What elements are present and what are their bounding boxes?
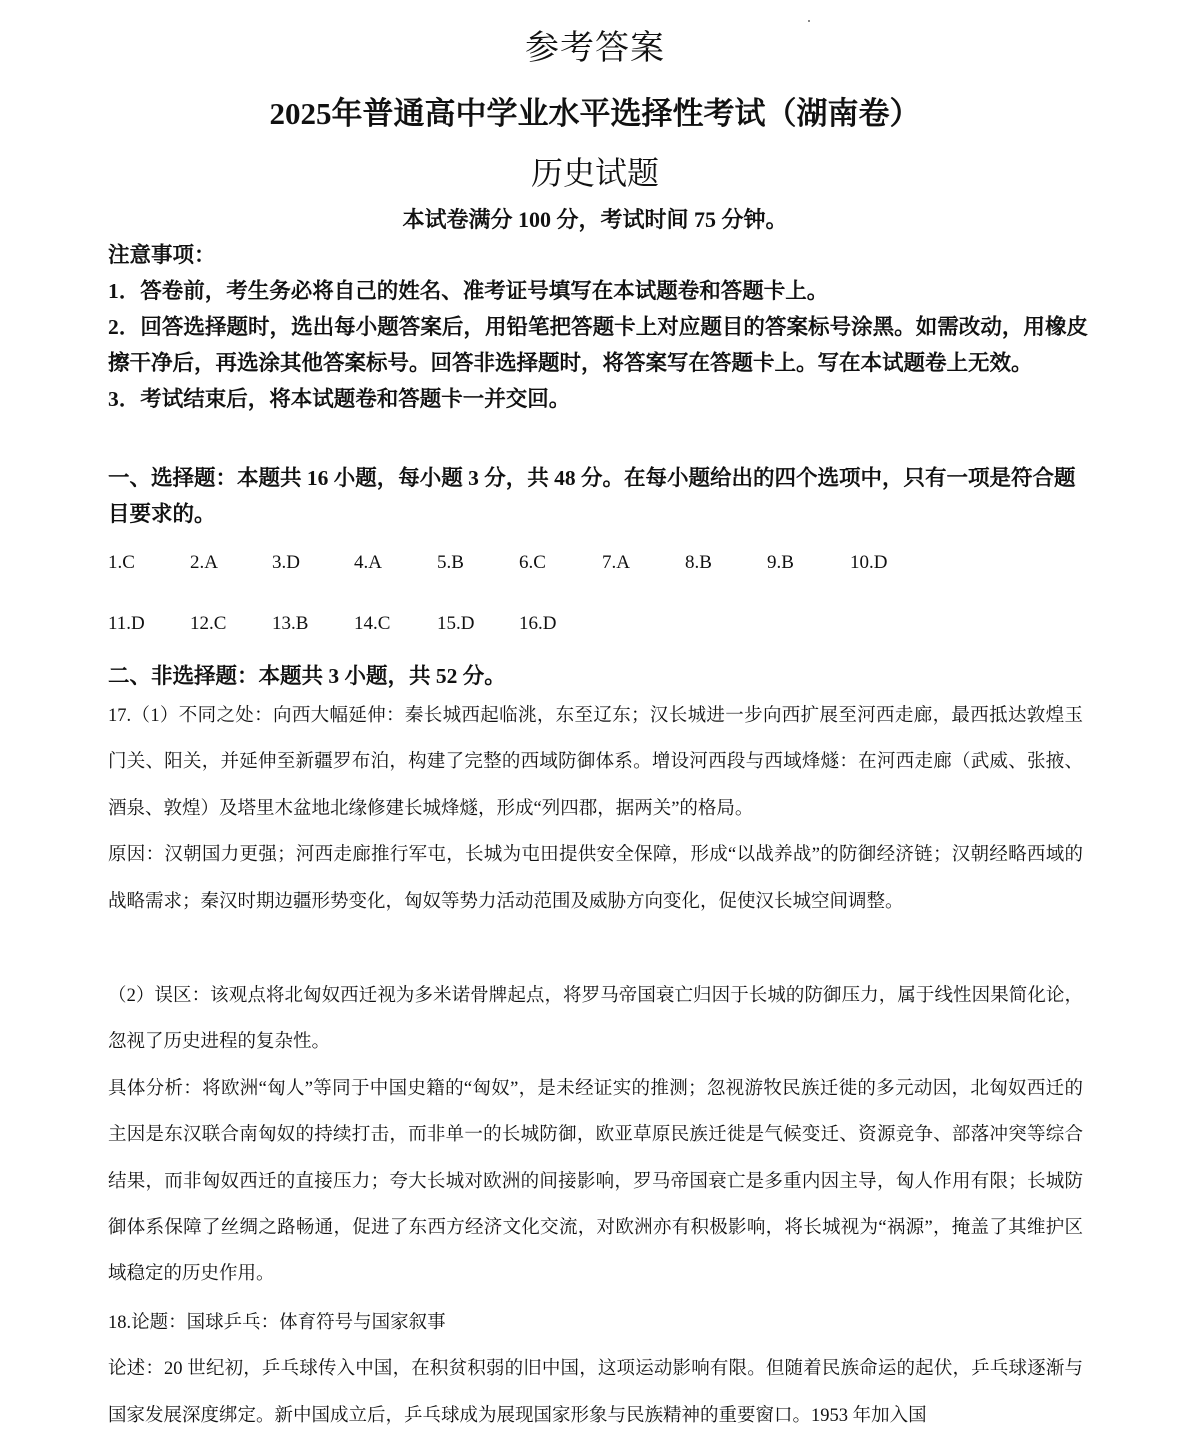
answer-item: 1.C <box>108 552 135 574</box>
notes-heading: 注意事项： <box>108 237 1088 273</box>
notes-list: 1．答卷前，考生务必将自己的姓名、准考证号填写在本试题卷和答题卡上。 2．回答选… <box>108 273 1088 417</box>
answer-item: 9.B <box>767 552 794 574</box>
answer-item: 2.A <box>190 552 218 574</box>
answer-item: 12.C <box>190 613 226 635</box>
question-18: 18.论题：国球乒乓：体育符号与国家叙事 论述：20 世纪初，乒乓球传入中国，在… <box>108 1300 1083 1439</box>
q17-misconception: （2）误区：该观点将北匈奴西迁视为多米诺骨牌起点，将罗马帝国衰亡归因于长城的防御… <box>108 973 1083 1066</box>
answer-item: 13.B <box>272 613 308 635</box>
q18-discussion: 论述：20 世纪初，乒乓球传入中国，在积贫积弱的旧中国，这项运动影响有限。但随着… <box>108 1346 1083 1439</box>
q18-topic: 18.论题：国球乒乓：体育符号与国家叙事 <box>108 1300 1083 1346</box>
q17-analysis: 具体分析：将欧洲“匈人”等同于中国史籍的“匈奴”，是未经证实的推测；忽视游牧民族… <box>108 1066 1083 1298</box>
answer-item: 7.A <box>602 552 630 574</box>
question-17-part2: （2）误区：该观点将北匈奴西迁视为多米诺骨牌起点，将罗马帝国衰亡归因于长城的防御… <box>108 973 1083 1298</box>
q17-reasons: 原因：汉朝国力更强；河西走廊推行军屯，长城为屯田提供安全保障，形成“以战养战”的… <box>108 832 1083 925</box>
q17-differences: 17.（1）不同之处：向西大幅延伸：秦长城西起临洮，东至辽东；汉长城进一步向西扩… <box>108 693 1083 832</box>
document-title: 参考答案 <box>0 20 1190 69</box>
answer-document-page: 参考答案 2025年普通高中学业水平选择性考试（湖南卷） 历史试题 本试卷满分 … <box>0 0 1190 1453</box>
answer-item: 3.D <box>272 552 300 574</box>
answer-item: 8.B <box>685 552 712 574</box>
question-17-part1: 17.（1）不同之处：向西大幅延伸：秦长城西起临洮，东至辽东；汉长城进一步向西扩… <box>108 693 1083 925</box>
answer-item: 6.C <box>519 552 546 574</box>
note-item: 1．答卷前，考生务必将自己的姓名、准考证号填写在本试题卷和答题卡上。 <box>108 273 1088 309</box>
note-item: 2．回答选择题时，选出每小题答案后，用铅笔把答题卡上对应题目的答案标号涂黑。如需… <box>108 309 1088 381</box>
exam-title: 2025年普通高中学业水平选择性考试（湖南卷） <box>0 88 1190 133</box>
subject-title: 历史试题 <box>0 148 1190 194</box>
answer-item: 10.D <box>850 552 887 574</box>
answer-item: 4.A <box>354 552 382 574</box>
section2-heading: 二、非选择题：本题共 3 小题，共 52 分。 <box>108 658 1088 694</box>
section1-heading: 一、选择题：本题共 16 小题，每小题 3 分，共 48 分。在每小题给出的四个… <box>108 460 1088 532</box>
answer-item: 15.D <box>437 613 474 635</box>
answer-item: 16.D <box>519 613 556 635</box>
answer-item: 14.C <box>354 613 390 635</box>
note-item: 3．考试结束后，将本试题卷和答题卡一并交回。 <box>108 381 1088 417</box>
answer-item: 11.D <box>108 613 145 635</box>
answer-item: 5.B <box>437 552 464 574</box>
exam-info: 本试卷满分 100 分，考试时间 75 分钟。 <box>0 203 1190 234</box>
